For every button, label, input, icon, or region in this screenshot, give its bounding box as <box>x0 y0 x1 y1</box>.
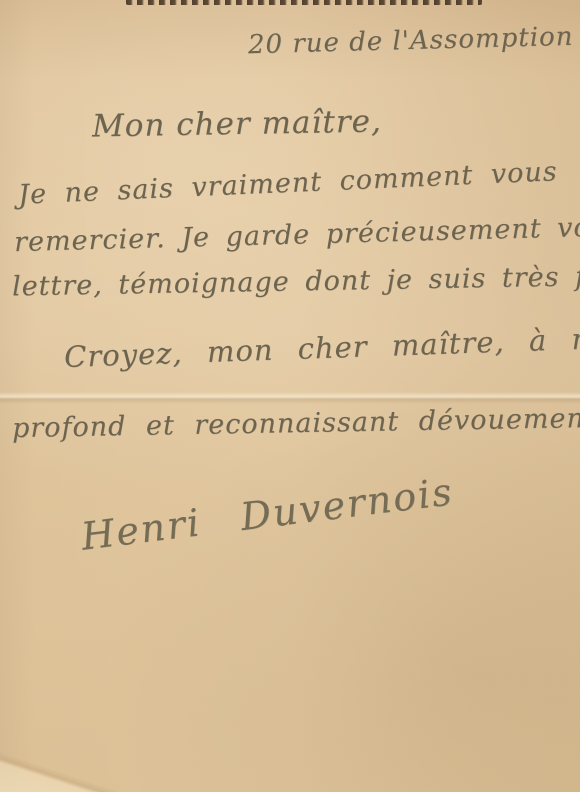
body-line: Croyez, mon cher maître, à mon <box>64 320 580 374</box>
address-line: 20 rue de l'Assomption <box>248 22 574 61</box>
bottom-left-corner-shade <box>0 736 170 792</box>
perforated-top-edge <box>126 0 482 5</box>
salutation-line: Mon cher maître, <box>92 103 382 144</box>
fold-crease <box>0 392 580 404</box>
body-line: profond et reconnaissant dévouement <box>12 403 580 444</box>
signature: Henri Duvernois <box>79 469 456 558</box>
body-line: remercier. Je garde précieusement votre <box>14 211 580 258</box>
body-line: lettre, témoignage dont je suis très fie… <box>12 261 580 303</box>
letter-page: 20 rue de l'Assomption Mon cher maître, … <box>0 0 580 792</box>
body-line: Je ne sais vraiment comment vous <box>18 156 559 211</box>
